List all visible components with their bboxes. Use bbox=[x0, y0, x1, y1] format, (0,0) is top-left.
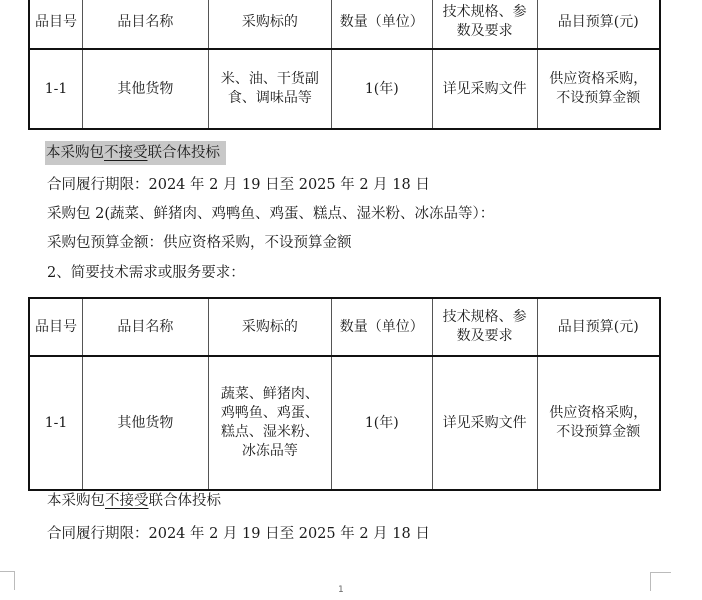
header-budget: 品目预算(元) bbox=[537, 0, 660, 49]
selected-text-highlight[interactable]: 本采购包不接受联合体投标 bbox=[45, 141, 226, 165]
page-margin-corner-left bbox=[0, 571, 15, 590]
cell-item-no: 1-1 bbox=[29, 356, 82, 490]
consortium-underlined: 不接受 bbox=[104, 145, 148, 161]
cell-quantity: 1(年) bbox=[331, 356, 432, 490]
cell-target-line: 食、调味品等 bbox=[211, 89, 329, 108]
cell-target-line: 冰冻品等 bbox=[211, 442, 329, 461]
cell-budget-line: 不设预算金额 bbox=[540, 89, 658, 108]
header-quantity: 数量（单位） bbox=[331, 0, 432, 49]
tech-requirements-heading: 2、简要技术需求或服务要求： bbox=[47, 263, 245, 283]
cell-target-line: 蔬菜、鲜猪肉、 bbox=[211, 385, 329, 404]
header-spec-line: 数及要求 bbox=[435, 327, 535, 346]
consortium-notice-1: 本采购包不接受联合体投标 bbox=[47, 143, 226, 163]
cell-item-name: 其他货物 bbox=[82, 356, 208, 490]
package-budget: 采购包预算金额：供应资格采购，不设预算金额 bbox=[47, 233, 352, 253]
cell-budget: 供应资格采购， 不设预算金额 bbox=[537, 49, 660, 129]
contract-period-2: 合同履行期限：2024 年 2 月 19 日至 2025 年 2 月 18 日 bbox=[47, 524, 430, 544]
header-budget: 品目预算(元) bbox=[537, 298, 660, 356]
table-header-row: 品目号 品目名称 采购标的 数量（单位） 技术规格、参 数及要求 品目预算(元) bbox=[29, 298, 660, 356]
cell-target: 米、油、干货副 食、调味品等 bbox=[208, 49, 331, 129]
procurement-table-1: 品目号 品目名称 采购标的 数量（单位） 技术规格、参 数及要求 品目预算(元)… bbox=[28, 0, 661, 130]
header-spec: 技术规格、参 数及要求 bbox=[432, 0, 537, 49]
consortium-underlined: 不接受 bbox=[105, 493, 149, 509]
header-quantity: 数量（单位） bbox=[331, 298, 432, 356]
page-margin-corner-right bbox=[650, 572, 671, 591]
cell-budget-line: 供应资格采购， bbox=[540, 404, 658, 423]
header-spec-line: 技术规格、参 bbox=[435, 3, 535, 22]
header-item-no: 品目号 bbox=[29, 298, 82, 356]
consortium-prefix: 本采购包 bbox=[47, 493, 105, 509]
contract-period-1: 合同履行期限：2024 年 2 月 19 日至 2025 年 2 月 18 日 bbox=[47, 175, 430, 195]
header-item-name: 品目名称 bbox=[82, 298, 208, 356]
cell-target-line: 米、油、干货副 bbox=[211, 70, 329, 89]
cell-budget-line: 不设预算金额 bbox=[540, 423, 658, 442]
cell-item-no: 1-1 bbox=[29, 49, 82, 129]
cell-item-name: 其他货物 bbox=[82, 49, 208, 129]
cell-spec: 详见采购文件 bbox=[432, 356, 537, 490]
cell-quantity: 1(年) bbox=[331, 49, 432, 129]
package-2-title: 采购包 2(蔬菜、鲜猪肉、鸡鸭鱼、鸡蛋、糕点、湿米粉、冰冻品等）： bbox=[47, 204, 494, 224]
cell-budget-line: 供应资格采购， bbox=[540, 70, 658, 89]
header-item-no: 品目号 bbox=[29, 0, 82, 49]
header-target: 采购标的 bbox=[208, 298, 331, 356]
procurement-table-2: 品目号 品目名称 采购标的 数量（单位） 技术规格、参 数及要求 品目预算(元)… bbox=[28, 297, 661, 491]
consortium-notice-2: 本采购包不接受联合体投标 bbox=[47, 491, 221, 511]
page-number: 1 bbox=[338, 585, 344, 595]
header-spec-line: 数及要求 bbox=[435, 22, 535, 41]
cell-target-line: 糕点、湿米粉、 bbox=[211, 423, 329, 442]
table-row: 1-1 其他货物 米、油、干货副 食、调味品等 1(年) 详见采购文件 供应资格… bbox=[29, 49, 660, 129]
cell-spec: 详见采购文件 bbox=[432, 49, 537, 129]
header-spec: 技术规格、参 数及要求 bbox=[432, 298, 537, 356]
cell-target: 蔬菜、鲜猪肉、 鸡鸭鱼、鸡蛋、 糕点、湿米粉、 冰冻品等 bbox=[208, 356, 331, 490]
consortium-suffix: 联合体投标 bbox=[148, 145, 221, 161]
consortium-suffix: 联合体投标 bbox=[149, 493, 222, 509]
header-spec-line: 技术规格、参 bbox=[435, 308, 535, 327]
table-header-row: 品目号 品目名称 采购标的 数量（单位） 技术规格、参 数及要求 品目预算(元) bbox=[29, 0, 660, 49]
cell-budget: 供应资格采购， 不设预算金额 bbox=[537, 356, 660, 490]
table-row: 1-1 其他货物 蔬菜、鲜猪肉、 鸡鸭鱼、鸡蛋、 糕点、湿米粉、 冰冻品等 1(… bbox=[29, 356, 660, 490]
header-target: 采购标的 bbox=[208, 0, 331, 49]
consortium-prefix: 本采购包 bbox=[46, 145, 104, 161]
header-item-name: 品目名称 bbox=[82, 0, 208, 49]
cell-target-line: 鸡鸭鱼、鸡蛋、 bbox=[211, 404, 329, 423]
